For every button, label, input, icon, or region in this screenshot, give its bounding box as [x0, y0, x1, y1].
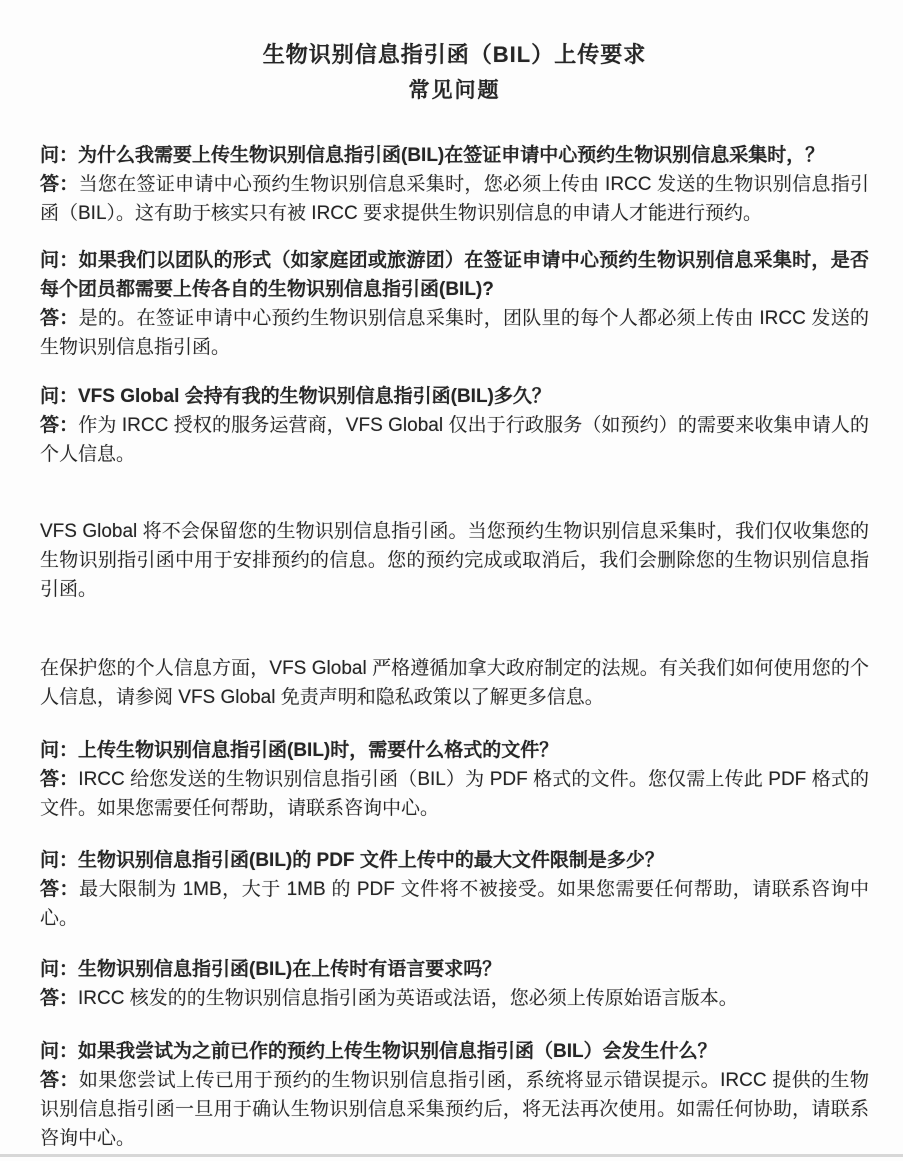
- faq-answer-text: 最大限制为 1MB，大于 1MB 的 PDF 文件将不被接受。如果您需要任何帮助…: [40, 879, 869, 929]
- faq-answer: 答：当您在签证申请中心预约生物识别信息采集时，您必须上传由 IRCC 发送的生物…: [40, 170, 869, 228]
- faq-answer: 答：是的。在签证申请中心预约生物识别信息采集时，团队里的每个人都必须上传由 IR…: [40, 304, 869, 362]
- answer-label: 答：: [40, 308, 79, 329]
- faq-answer: 答：作为 IRCC 授权的服务运营商，VFS Global 仅出于行政服务（如预…: [40, 411, 869, 469]
- faq-block: 问：VFS Global 会持有我的生物识别信息指引函(BIL)多久？ 答：作为…: [40, 382, 869, 469]
- answer-label: 答：: [40, 174, 79, 195]
- document-content: 生物识别信息指引函（BIL）上传要求 常见问题 问：为什么我需要上传生物识别信息…: [0, 40, 903, 1153]
- faq-block: 问：上传生物识别信息指引函(BIL)时，需要什么格式的文件？ 答：IRCC 给您…: [40, 736, 869, 823]
- faq-answer: 答：如果您尝试上传已用于预约的生物识别信息指引函，系统将显示错误提示。IRCC …: [40, 1066, 869, 1153]
- faq-answer-text: 作为 IRCC 授权的服务运营商，VFS Global 仅出于行政服务（如预约）…: [40, 415, 869, 465]
- document-title: 生物识别信息指引函（BIL）上传要求: [40, 40, 869, 70]
- answer-label: 答：: [40, 1070, 79, 1091]
- answer-label: 答：: [40, 769, 78, 790]
- faq-answer-text: IRCC 给您发送的生物识别信息指引函（BIL）为 PDF 格式的文件。您仅需上…: [40, 769, 869, 819]
- paragraph: VFS Global 将不会保留您的生物识别信息指引函。当您预约生物识别信息采集…: [40, 517, 869, 604]
- faq-block: 问：生物识别信息指引函(BIL)的 PDF 文件上传中的最大文件限制是多少？ 答…: [40, 846, 869, 933]
- faq-question: 问：生物识别信息指引函(BIL)在上传时有语言要求吗？: [40, 955, 869, 984]
- faq-block: 问：为什么我需要上传生物识别信息指引函(BIL)在签证申请中心预约生物识别信息采…: [40, 141, 869, 228]
- faq-question: 问：为什么我需要上传生物识别信息指引函(BIL)在签证申请中心预约生物识别信息采…: [40, 141, 869, 170]
- paragraph-text: 在保护您的个人信息方面，VFS Global 严格遵循加拿大政府制定的法规。有关…: [40, 654, 869, 712]
- answer-label: 答：: [40, 879, 79, 900]
- faq-answer-text: 当您在签证申请中心预约生物识别信息采集时，您必须上传由 IRCC 发送的生物识别…: [40, 174, 869, 224]
- answer-label: 答：: [40, 988, 78, 1009]
- faq-block: 问：生物识别信息指引函(BIL)在上传时有语言要求吗？ 答：IRCC 核发的的生…: [40, 955, 869, 1013]
- faq-answer: 答：IRCC 给您发送的生物识别信息指引函（BIL）为 PDF 格式的文件。您仅…: [40, 765, 869, 823]
- paragraph: 在保护您的个人信息方面，VFS Global 严格遵循加拿大政府制定的法规。有关…: [40, 654, 869, 712]
- faq-answer: 答：最大限制为 1MB，大于 1MB 的 PDF 文件将不被接受。如果您需要任何…: [40, 875, 869, 933]
- faq-answer-text: IRCC 核发的的生物识别信息指引函为英语或法语，您必须上传原始语言版本。: [78, 988, 738, 1009]
- faq-question: 问：如果我尝试为之前已作的预约上传生物识别信息指引函（BIL）会发生什么？: [40, 1037, 869, 1066]
- document-subtitle: 常见问题: [40, 76, 869, 105]
- faq-question: 问：VFS Global 会持有我的生物识别信息指引函(BIL)多久？: [40, 382, 869, 411]
- document-page: 生物识别信息指引函（BIL）上传要求 常见问题 问：为什么我需要上传生物识别信息…: [0, 0, 903, 1161]
- paragraph-text: VFS Global 将不会保留您的生物识别信息指引函。当您预约生物识别信息采集…: [40, 517, 869, 604]
- faq-question: 问：如果我们以团队的形式（如家庭团或旅游团）在签证申请中心预约生物识别信息采集时…: [40, 246, 869, 304]
- faq-answer-text: 如果您尝试上传已用于预约的生物识别信息指引函，系统将显示错误提示。IRCC 提供…: [40, 1070, 869, 1149]
- answer-label: 答：: [40, 415, 78, 436]
- faq-block: 问：如果我尝试为之前已作的预约上传生物识别信息指引函（BIL）会发生什么？ 答：…: [40, 1037, 869, 1153]
- faq-question: 问：生物识别信息指引函(BIL)的 PDF 文件上传中的最大文件限制是多少？: [40, 846, 869, 875]
- bottom-divider: [0, 1154, 903, 1157]
- faq-block: 问：如果我们以团队的形式（如家庭团或旅游团）在签证申请中心预约生物识别信息采集时…: [40, 246, 869, 362]
- faq-question: 问：上传生物识别信息指引函(BIL)时，需要什么格式的文件？: [40, 736, 869, 765]
- faq-answer-text: 是的。在签证申请中心预约生物识别信息采集时，团队里的每个人都必须上传由 IRCC…: [40, 308, 869, 358]
- faq-answer: 答：IRCC 核发的的生物识别信息指引函为英语或法语，您必须上传原始语言版本。: [40, 984, 869, 1013]
